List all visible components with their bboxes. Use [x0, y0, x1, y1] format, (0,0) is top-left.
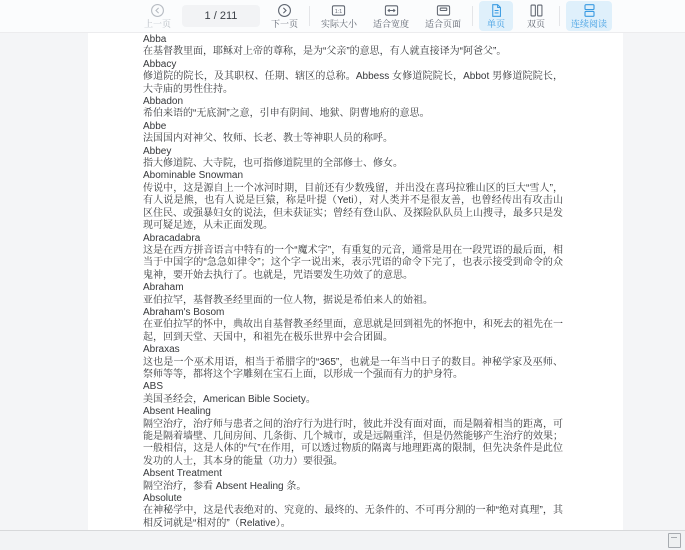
single-page-icon [489, 3, 504, 18]
previous-page-label: 上一页 [144, 19, 171, 29]
double-page-button[interactable]: 双页 [519, 1, 553, 31]
entry-definition: 隔空治疗，治疗师与患者之间的治疗行为进行时，彼此并没有面对面，而是隔着相当的距离… [143, 419, 563, 469]
toolbar-separator [559, 6, 560, 26]
toolbar-separator [309, 6, 310, 26]
entry-term: Abba [143, 34, 563, 46]
fit-width-icon [384, 3, 399, 18]
pdf-page: Abba在基督教里面，耶稣对上帝的尊称，是为“父亲”的意思，有人就直接译为“阿爸… [88, 33, 623, 530]
entry-term: Abbadon [143, 96, 563, 108]
next-page-button[interactable]: 下一页 [266, 1, 303, 31]
continuous-reading-button[interactable]: 连续阅读 [566, 1, 612, 31]
fit-page-button[interactable]: 适合页面 [420, 1, 466, 31]
pdf-toolbar: 上一页 1 / 211 下一页 1:1 实际大小 [0, 0, 685, 33]
circle-chevron-right-icon [277, 3, 292, 18]
entry-term: Absolute [143, 493, 563, 505]
entry-definition: 美国圣经会，American Bible Society。 [143, 394, 563, 406]
toolbar-separator [472, 6, 473, 26]
actual-size-label: 实际大小 [321, 19, 357, 29]
next-page-label: 下一页 [271, 19, 298, 29]
entry-term: Abraham's Bosom [143, 307, 563, 319]
entry-definition: 隔空治疗，参看 Absent Healing 条。 [143, 481, 563, 493]
document-entries: Abba在基督教里面，耶稣对上帝的尊称，是为“父亲”的意思，有人就直接译为“阿爸… [143, 34, 563, 530]
actual-size-button[interactable]: 1:1 实际大小 [316, 1, 362, 31]
entry-term: Abbey [143, 146, 563, 158]
svg-text:1:1: 1:1 [335, 9, 342, 15]
entry-term: Abbacy [143, 59, 563, 71]
continuous-reading-label: 连续阅读 [571, 19, 607, 29]
circle-chevron-left-icon [150, 3, 165, 18]
double-page-icon [529, 3, 544, 18]
page-indicator[interactable]: 1 / 211 [182, 5, 260, 27]
toolbar-button-group: 上一页 1 / 211 下一页 1:1 实际大小 [139, 1, 612, 31]
entry-term: Absent Treatment [143, 468, 563, 480]
entry-term: Abraxas [143, 344, 563, 356]
page-indicator-value: 1 / 211 [205, 10, 238, 22]
pdf-viewer-area[interactable]: Abba在基督教里面，耶稣对上帝的尊称，是为“父亲”的意思，有人就直接译为“阿爸… [0, 33, 685, 530]
entry-definition: 这是在西方拼音语言中特有的一个“魔术字”，有重复的元音，通常是用在一段咒语的最后… [143, 245, 563, 282]
entry-term: Abbe [143, 121, 563, 133]
entry-definition: 传说中，这是源自上一个冰河时期，目前还有少数残留，并出没在喜玛拉雅山区的巨大“雪… [143, 183, 563, 233]
fit-page-icon [436, 3, 451, 18]
entry-definition: 在亚伯拉罕的怀中，典故出自基督教圣经里面，意思就是回到祖先的怀抱中，和死去的祖先… [143, 319, 563, 344]
entry-term: Abominable Snowman [143, 170, 563, 182]
page-corner-icon[interactable] [668, 533, 681, 548]
entry-definition: 希伯来语的“无底洞”之意，引申有阴间、地狱、阴曹地府的意思。 [143, 108, 563, 120]
entry-definition: 在神秘学中，这是代表绝对的、究竟的、最终的、无条件的、不可再分割的一种“绝对真理… [143, 505, 563, 530]
entry-definition: 这也是一个巫术用语，相当于希腊字的“365”，也就是一年当中日子的数目。神秘学家… [143, 357, 563, 382]
fit-page-label: 适合页面 [425, 19, 461, 29]
entry-term: Absent Healing [143, 406, 563, 418]
previous-page-button[interactable]: 上一页 [139, 1, 176, 31]
actual-size-icon: 1:1 [331, 3, 346, 18]
entry-term: ABS [143, 381, 563, 393]
entry-term: Abracadabra [143, 233, 563, 245]
single-page-button[interactable]: 单页 [479, 1, 513, 31]
entry-definition: 法国国内对神父、牧师、长老、教士等神职人员的称呼。 [143, 133, 563, 145]
fit-width-button[interactable]: 适合宽度 [368, 1, 414, 31]
entry-definition: 修道院的院长，及其职权、任期、辖区的总称。Abbess 女修道院院长，Abbot… [143, 71, 563, 96]
double-page-label: 双页 [527, 19, 545, 29]
continuous-pages-icon [582, 3, 597, 18]
entry-definition: 亚伯拉罕，基督教圣经里面的一位人物，据说是希伯来人的始祖。 [143, 295, 563, 307]
entry-term: Abraham [143, 282, 563, 294]
horizontal-scrollbar-track[interactable] [0, 530, 685, 550]
single-page-label: 单页 [487, 19, 505, 29]
fit-width-label: 适合宽度 [373, 19, 409, 29]
entry-definition: 在基督教里面，耶稣对上帝的尊称，是为“父亲”的意思，有人就直接译为“阿爸父”。 [143, 46, 563, 58]
entry-definition: 指大修道院、大寺院，也可指修道院里的全部修士、修女。 [143, 158, 563, 170]
